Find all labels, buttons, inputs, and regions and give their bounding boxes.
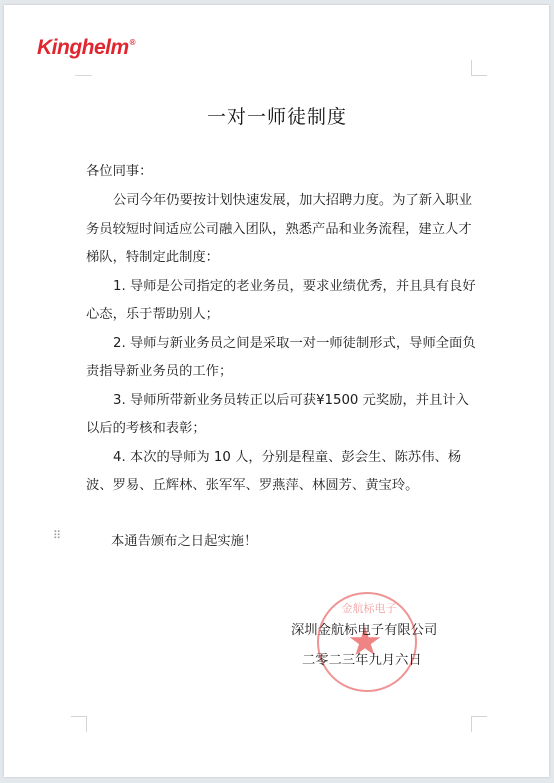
document-title: 一对一师徒制度 (0, 102, 554, 129)
policy-item: 3. 导师所带新业务员转正以后可获¥1500 元奖励，并且计入以后的考核和表彰； (86, 387, 476, 444)
signature-company: 深圳金航标电子有限公司 (291, 619, 437, 638)
item-text: 导师所带新业务员转正以后可获¥1500 元奖励，并且计入以后的考核和表彰； (86, 393, 469, 437)
policy-items: 1. 导师是公司指定的老业务员，要求业绩优秀，并且具有良好心态，乐于帮助别人； … (86, 273, 476, 501)
greeting: 各位同事： (86, 158, 476, 187)
item-text: 本次的导师为 10 人，分别是程童、彭会生、陈苏伟、杨波、罗易、丘辉林、张军军、… (86, 450, 461, 494)
intro-paragraph: 公司今年仍要按计划快速发展，加大招聘力度。为了新入职业务员较短时间适应公司融入团… (86, 187, 476, 501)
item-text: 导师与新业务员之间是采取一对一师徒制形式，导师全面负责指导新业务员的工作； (86, 336, 476, 380)
signature-date: 二零二三年九月六日 (302, 649, 422, 668)
item-text: 导师是公司指定的老业务员，要求业绩优秀，并且具有良好心态，乐于帮助别人； (86, 279, 476, 323)
item-number: 2. (113, 336, 126, 351)
intro-text: 公司今年仍要按计划快速发展，加大招聘力度。为了新入职业务员较短时间适应公司融入团… (86, 187, 476, 273)
closing-statement: 本通告颁布之日起实施！ (111, 530, 257, 549)
crop-mark-top-right (471, 60, 487, 76)
paragraph-drag-handle-icon[interactable]: ⠿ (53, 534, 63, 548)
company-seal: 金航标电子 ★ (317, 592, 417, 692)
policy-item: 1. 导师是公司指定的老业务员，要求业绩优秀，并且具有良好心态，乐于帮助别人； (86, 273, 476, 330)
policy-item: 4. 本次的导师为 10 人，分别是程童、彭会生、陈苏伟、杨波、罗易、丘辉林、张… (86, 444, 476, 501)
crop-mark-bottom-left (71, 716, 87, 732)
kinghelm-logo: Kinghelm® (37, 36, 135, 60)
seal-text: 金航标电子 (333, 600, 405, 616)
policy-item: 2. 导师与新业务员之间是采取一对一师徒制形式，导师全面负责指导新业务员的工作； (86, 330, 476, 387)
header-margin-mark (75, 75, 92, 76)
crop-mark-bottom-right (471, 716, 487, 732)
item-number: 3. (113, 393, 126, 408)
item-number: 1. (113, 279, 126, 294)
item-number: 4. (113, 450, 126, 465)
